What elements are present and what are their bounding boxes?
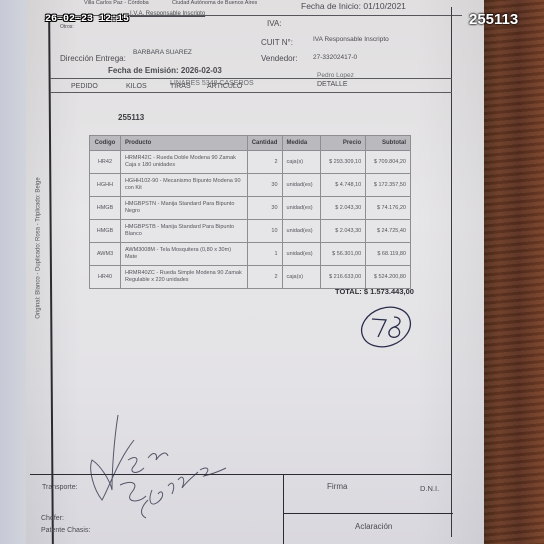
aclaracion-label: Aclaración bbox=[355, 522, 392, 531]
col-kilos: KILOS bbox=[126, 83, 147, 90]
table-row: HMGBHMGBPSTB - Manija Standard Para Bipu… bbox=[90, 220, 411, 243]
seller-name: Pedro Lopez bbox=[317, 72, 354, 79]
cell-subtotal: $ 68.119,80 bbox=[366, 243, 411, 266]
transporte-label: Transporte: bbox=[42, 484, 78, 491]
cell-medida: unidad(es) bbox=[282, 243, 321, 266]
cell-producto: HMGBPSTN - Manija Standard Para Bipunto … bbox=[120, 197, 247, 220]
cell-precio: $ 56.301,00 bbox=[321, 243, 366, 266]
cell-subtotal: $ 524.200,80 bbox=[366, 266, 411, 289]
table-row: HR42HRMR42C - Rueda Doble Modena 90 Zama… bbox=[90, 151, 411, 174]
patente-label: Patente Chasis: bbox=[41, 527, 90, 534]
header-cantidad: Cantidad bbox=[247, 136, 282, 151]
seller-label: Vendedor: bbox=[261, 54, 297, 63]
cell-precio: $ 4.748,10 bbox=[321, 174, 366, 197]
cell-subtotal: $ 172.357,50 bbox=[366, 174, 411, 197]
cell-medida: unidad(es) bbox=[282, 174, 321, 197]
cell-producto: HRMR40ZC - Rueda Simple Modena 90 Zamak … bbox=[120, 266, 247, 289]
items-table: Codigo Producto Cantidad Medida Precio S… bbox=[89, 135, 411, 289]
cell-medida: caja(s) bbox=[282, 266, 321, 289]
cuit-value: 27-33202417-0 bbox=[313, 54, 357, 61]
firma-label: Firma bbox=[327, 482, 347, 491]
cell-producto: HMGBPSTB - Manija Standard Para Bipunto … bbox=[120, 220, 247, 243]
cell-producto: HGHH102-90 - Mecanismo Bipunto Modena 90… bbox=[120, 174, 247, 197]
cell-cantidad: 2 bbox=[247, 266, 282, 289]
iva-value: IVA Responsable Inscripto bbox=[313, 36, 389, 43]
header-producto: Producto bbox=[120, 136, 247, 151]
col-tiras: TIRAS bbox=[170, 83, 191, 90]
cell-subtotal: $ 74.176,20 bbox=[366, 197, 411, 220]
table-row: HR40HRMR40ZC - Rueda Simple Modena 90 Za… bbox=[90, 266, 411, 289]
cell-cantidad: 2 bbox=[247, 151, 282, 174]
cuit-label: CUIT N°: bbox=[261, 38, 293, 47]
cell-codigo: HR40 bbox=[90, 266, 121, 289]
cell-producto: HRMR42C - Rueda Doble Modena 90 Zamak Ca… bbox=[120, 151, 247, 174]
iva-label: IVA: bbox=[267, 19, 282, 28]
header-divider-1 bbox=[50, 78, 452, 79]
cell-cantidad: 30 bbox=[247, 197, 282, 220]
order-number: 255113 bbox=[118, 113, 144, 122]
delivery-address-label: Dirección Entrega: bbox=[60, 54, 126, 63]
cell-cantidad: 1 bbox=[247, 243, 282, 266]
chofer-label: Chofer: bbox=[41, 515, 64, 522]
cell-cantidad: 10 bbox=[247, 220, 282, 243]
dni-label: D.N.I. bbox=[420, 484, 439, 493]
wooden-table-background bbox=[480, 0, 544, 544]
company-iva-status: I.V.A. Responsable Inscripto bbox=[130, 11, 205, 17]
cell-subtotal: $ 709.804,20 bbox=[366, 151, 411, 174]
cell-codigo: HMGB bbox=[90, 197, 121, 220]
start-date: Fecha de Inicio: 01/10/2021 bbox=[301, 1, 406, 11]
header-precio: Precio bbox=[321, 136, 366, 151]
customer-name: BARBARA SUAREZ bbox=[133, 49, 192, 56]
order-total: TOTAL: $ 1.573.443,00 bbox=[335, 287, 414, 296]
customer-signature bbox=[88, 410, 238, 530]
footer-top-line bbox=[30, 474, 452, 475]
cell-codigo: AWM3 bbox=[90, 243, 121, 266]
photo-timestamp: 26-02-23 12:15 bbox=[45, 14, 129, 25]
cell-precio: $ 216.633,00 bbox=[321, 266, 366, 289]
handwritten-circled-number bbox=[358, 303, 418, 353]
cell-codigo: HMGB bbox=[90, 220, 121, 243]
cell-codigo: HR42 bbox=[90, 151, 121, 174]
col-pedido: PEDIDO bbox=[71, 83, 98, 90]
cell-codigo: HGHH bbox=[90, 174, 121, 197]
document-id-label: 255113 bbox=[469, 11, 518, 28]
header-subtotal: Subtotal bbox=[366, 136, 411, 151]
footer-vertical-divider bbox=[283, 474, 284, 544]
cell-precio: $ 293.309,10 bbox=[321, 151, 366, 174]
cell-precio: $ 2.043,30 bbox=[321, 197, 366, 220]
copy-color-legend: Original: Blanco - Duplicado: Rosa - Tri… bbox=[36, 177, 42, 318]
col-detalle: DETALLE bbox=[317, 81, 348, 88]
cell-subtotal: $ 24.725,40 bbox=[366, 220, 411, 243]
issue-date: Fecha de Emisión: 2026-02-03 bbox=[108, 66, 222, 75]
company-location-1: Villa Carlos Paz - Córdoba bbox=[84, 0, 149, 6]
right-border-line bbox=[451, 7, 452, 537]
header-codigo: Codigo bbox=[90, 136, 121, 151]
footer-firma-divider bbox=[283, 513, 453, 514]
cell-medida: caja(s) bbox=[282, 151, 321, 174]
col-articulo: ARTICULO bbox=[207, 83, 242, 90]
table-row: HGHHHGHH102-90 - Mecanismo Bipunto Moden… bbox=[90, 174, 411, 197]
table-row: HMGBHMGBPSTN - Manija Standard Para Bipu… bbox=[90, 197, 411, 220]
cell-medida: unidad(es) bbox=[282, 197, 321, 220]
header-medida: Medida bbox=[282, 136, 321, 151]
cell-cantidad: 30 bbox=[247, 174, 282, 197]
header-divider-2 bbox=[50, 92, 452, 93]
company-location-2: Ciudad Autónoma de Buenos Aires bbox=[172, 0, 257, 6]
cell-medida: unidad(es) bbox=[282, 220, 321, 243]
table-header-row: Codigo Producto Cantidad Medida Precio S… bbox=[90, 136, 411, 151]
table-row: AWM3AWM3008M - Tela Mosquitera (0,80 x 3… bbox=[90, 243, 411, 266]
cell-precio: $ 2.043,30 bbox=[321, 220, 366, 243]
cell-producto: AWM3008M - Tela Mosquitera (0,80 x 30m) … bbox=[120, 243, 247, 266]
